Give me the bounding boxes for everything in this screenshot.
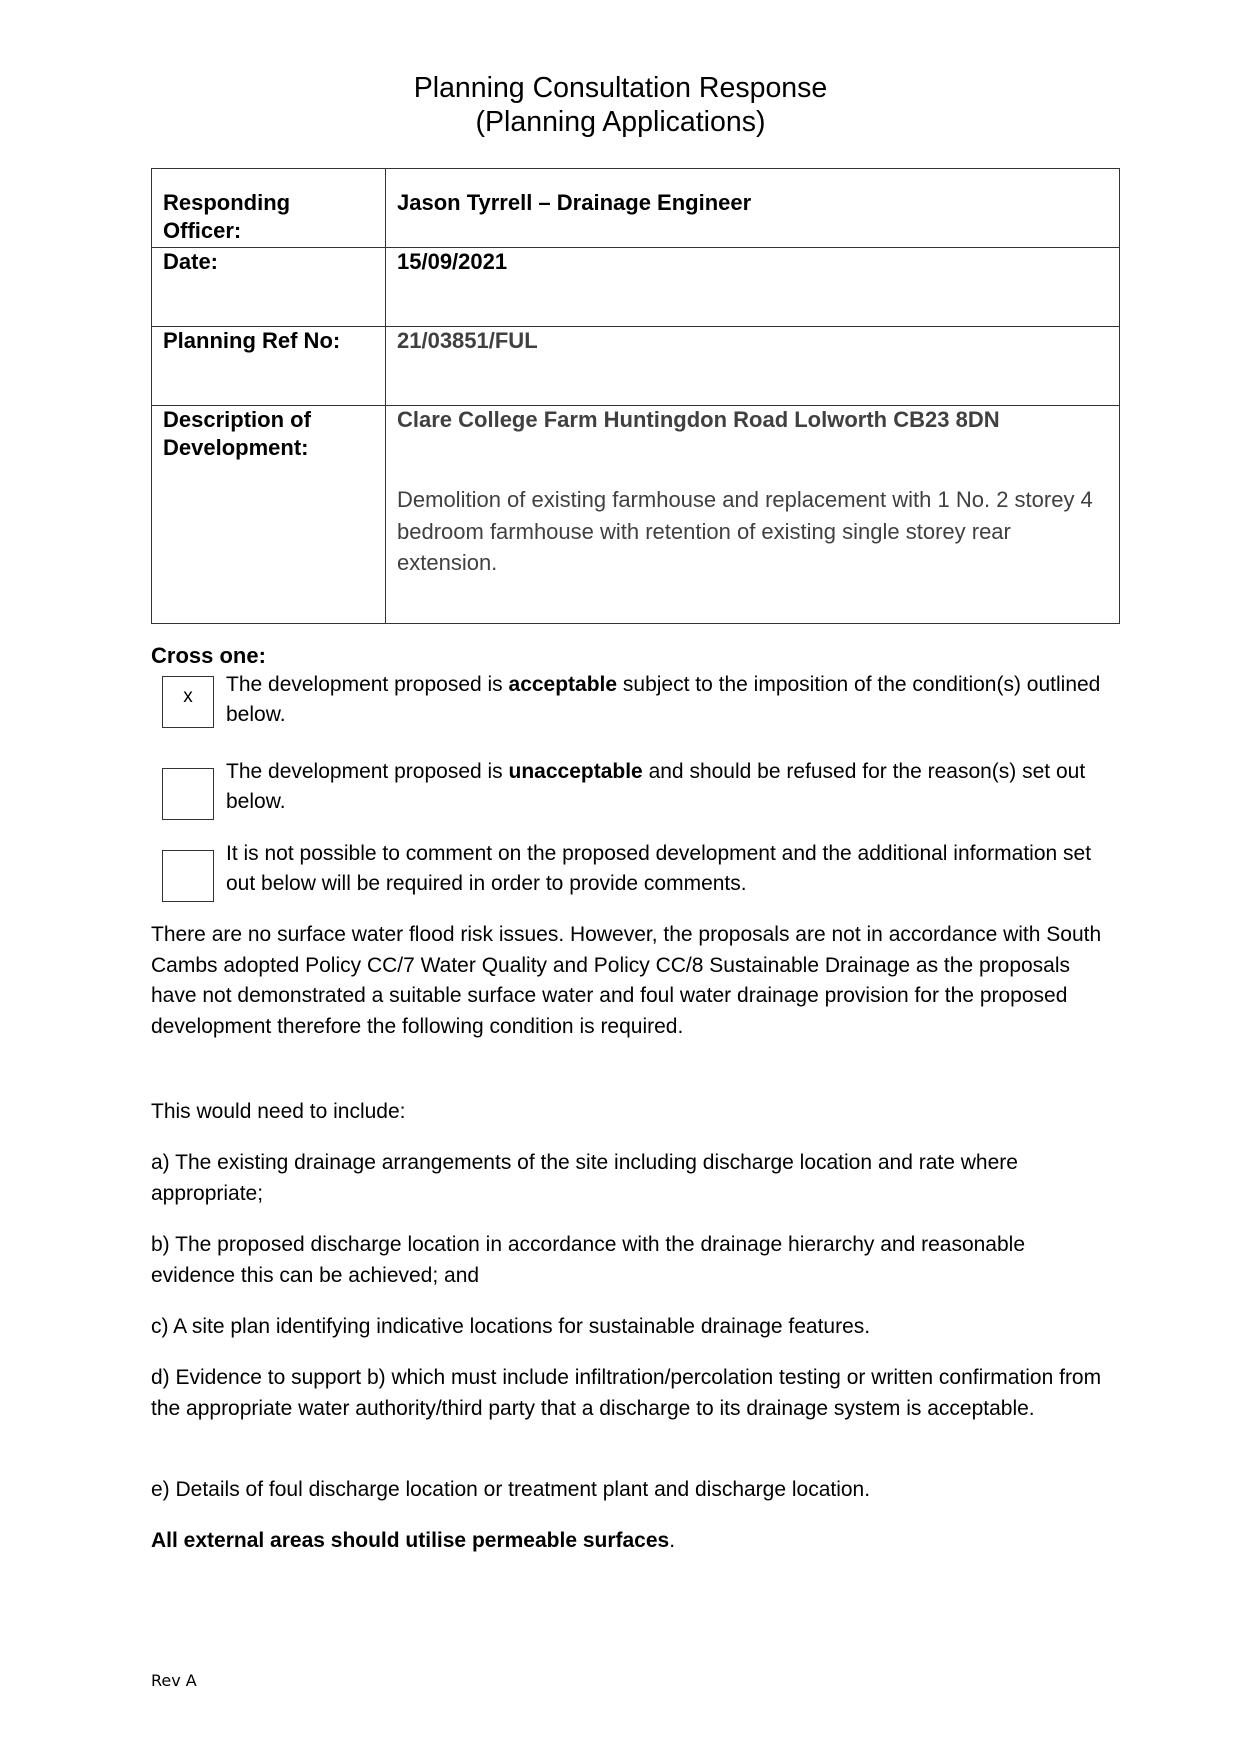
cross-one-heading: Cross one: [151, 643, 266, 669]
condition-item-d: d) Evidence to support b) which must inc… [151, 1363, 1111, 1424]
ref-label: Planning Ref No: [152, 327, 386, 406]
closing-statement: All external areas should utilise permea… [151, 1526, 1111, 1557]
officer-value: Jason Tyrrell – Drainage Engineer [386, 169, 1120, 248]
intro-paragraph: There are no surface water flood risk is… [151, 920, 1111, 1042]
revision-label: Rev A [151, 1671, 197, 1690]
title-line-2: (Planning Applications) [0, 105, 1241, 139]
description-label: Description of Development: [152, 406, 386, 624]
option-acceptable-text: The development proposed is acceptable s… [226, 670, 1126, 730]
ref-value: 21/03851/FUL [386, 327, 1120, 406]
info-table: Responding Officer: Jason Tyrrell – Drai… [151, 168, 1120, 624]
condition-item-b: b) The proposed discharge location in ac… [151, 1230, 1111, 1291]
checkbox-acceptable[interactable]: x [162, 676, 214, 728]
date-row: Date: 15/09/2021 [152, 248, 1120, 327]
condition-item-c: c) A site plan identifying indicative lo… [151, 1312, 1111, 1343]
include-heading: This would need to include: [151, 1097, 1111, 1128]
checkbox-unacceptable[interactable] [162, 768, 214, 820]
site-address: Clare College Farm Huntingdon Road Lolwo… [397, 406, 1108, 434]
condition-item-a: a) The existing drainage arrangements of… [151, 1148, 1111, 1209]
description-cell: Clare College Farm Huntingdon Road Lolwo… [386, 406, 1120, 624]
title-line-1: Planning Consultation Response [0, 71, 1241, 105]
description-row: Description of Development: Clare Colleg… [152, 406, 1120, 624]
date-label: Date: [152, 248, 386, 327]
ref-row: Planning Ref No: 21/03851/FUL [152, 327, 1120, 406]
checkbox-more-info[interactable] [162, 850, 214, 902]
development-description: Demolition of existing farmhouse and rep… [397, 484, 1108, 579]
document-title: Planning Consultation Response (Planning… [0, 71, 1241, 139]
condition-item-e: e) Details of foul discharge location or… [151, 1475, 1111, 1506]
officer-label: Responding Officer: [152, 169, 386, 248]
date-value: 15/09/2021 [386, 248, 1120, 327]
option-unacceptable-text: The development proposed is unacceptable… [226, 757, 1126, 817]
officer-row: Responding Officer: Jason Tyrrell – Drai… [152, 169, 1120, 248]
option-more-info-text: It is not possible to comment on the pro… [226, 839, 1126, 899]
